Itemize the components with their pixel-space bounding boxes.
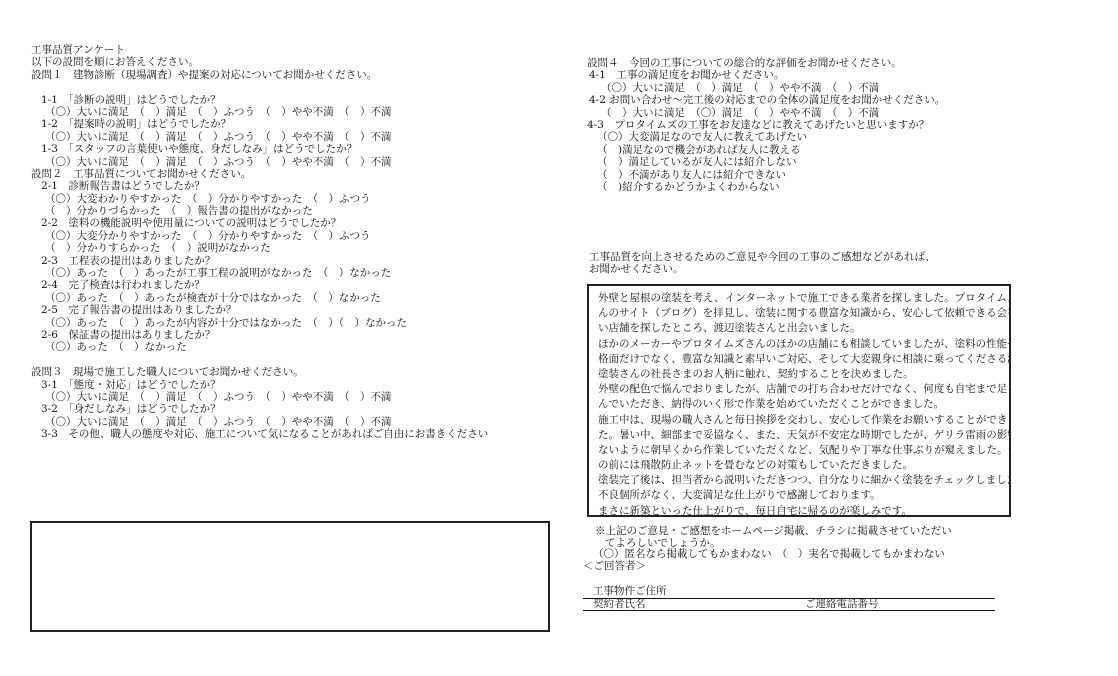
feedback-line: まさに新築といった仕上がりで、毎日自宅に帰るのが楽しみです。 bbox=[598, 504, 1009, 517]
feedback-line: 格面だけでなく、豊富な知識と素早いご対応、そして大変親身に相談に乗ってくださる渡… bbox=[598, 352, 1009, 367]
q2-1-options[interactable]: （〇）大変わかりやすかった （ ）分かりやすかった （ ）ふつう bbox=[31, 193, 561, 205]
feedback-line: 不良個所がなく、大変満足な仕上がりで感謝しております。 bbox=[598, 488, 1009, 503]
q1-heading: 設問１ 建物診断（現場調査）や提案の対応についてお聞かせください。 bbox=[31, 69, 561, 81]
publication-consent: ※上記のご意見・ご感想をホームページ掲載、チラシに掲載させていただい てよろしい… bbox=[583, 526, 1013, 572]
q1-3-options[interactable]: （〇）大いに満足 （ ）満足 （ ）ふつう （ ）やや不満 （ ）不満 bbox=[31, 156, 561, 168]
q2-heading: 設問２ 工事品質についてお聞かせください。 bbox=[31, 168, 561, 180]
q2-5-question: 2-5 完了報告書の提出はありましたか？ bbox=[31, 304, 561, 316]
feedback-line: ほかのメーカーやプロタイムズさんのほかの店舗にも相談していましたが、塗料の性能や… bbox=[598, 337, 1009, 352]
feedback-line: ないように朝早くから作業していただくなど、気配りや丁寧な仕事ぶりが窺えました。台… bbox=[598, 443, 1009, 458]
feedback-prompt-line2: お聞かせください。 bbox=[589, 263, 1019, 275]
q4-3-choice-3[interactable]: （ ）満足しているが友人には紹介しない bbox=[587, 156, 1017, 168]
feedback-line: 外壁と屋根の塗装を考え、インターネットで施工できる業者を探しました。プロタイムズ… bbox=[598, 291, 1009, 306]
left-column: 工事品質アンケート 以下の設問を順にお答えください。 設問１ 建物診断（現場調査… bbox=[31, 44, 561, 441]
q3-2-options[interactable]: （〇）大いに満足 （ ）満足 （ ）ふつう （ ）やや不満 （ ）不満 bbox=[31, 416, 561, 428]
feedback-line: 塗装完了後は、担当者から説明いただきつつ、自分なりに細かく塗装をチェックしました… bbox=[598, 473, 1009, 488]
survey-title: 工事品質アンケート bbox=[31, 44, 561, 56]
feedback-line: 外壁の配色で悩んでおりましたが、店舗での打ち合わせだけでなく、何度も自宅まで足を… bbox=[598, 382, 1009, 397]
q4-3-choice-1[interactable]: （〇）大変満足なので友人に教えてあげたい bbox=[587, 131, 1017, 143]
spacer bbox=[31, 354, 561, 366]
q2-6-options[interactable]: （〇）あった （ ）なかった bbox=[31, 341, 561, 353]
q3-1-question: 3-1 「態度・対応」はどうでしたか？ bbox=[31, 379, 561, 391]
feedback-line: んでいただき、納得のいく形で作業を始めていただくことができました。 bbox=[598, 397, 1009, 412]
q4-heading: 設問４ 今回の工事についての総合的な評価をお聞かせください。 bbox=[587, 57, 1017, 69]
q4-3-choice-2[interactable]: （ )満足なので機会があれば友人に教える bbox=[587, 144, 1017, 156]
q4-3-choice-5[interactable]: （ )紹介するかどうかよくわからない bbox=[587, 181, 1017, 193]
q3-heading: 設問３ 現場で施工した職人についてお聞かせください。 bbox=[31, 366, 561, 378]
feedback-box[interactable]: 外壁と屋根の塗装を考え、インターネットで施工できる業者を探しました。プロタイムズ… bbox=[587, 284, 1011, 517]
q3-3-answer-box[interactable] bbox=[30, 521, 550, 632]
q1-1-options[interactable]: （〇）大いに満足 （ ）満足 （ ）ふつう （ ）やや不満 （ ）不満 bbox=[31, 106, 561, 118]
feedback-line: んのサイト（ブログ）を拝見し、塗装に関する豊富な知識から、安心して依頼できる会社… bbox=[598, 306, 1009, 321]
q3-2-question: 3-2 「身だしなみ」はどうでしたか？ bbox=[31, 403, 561, 415]
q1-2-question: 1-2 「提案時の説明」はどうでしたか？ bbox=[31, 118, 561, 130]
right-column: 設問４ 今回の工事についての総合的な評価をお聞かせください。 4-1 工事の満足… bbox=[587, 57, 1017, 193]
q2-3-question: 2-3 工程表の提出はありましたか？ bbox=[31, 255, 561, 267]
survey-intro: 以下の設問を順にお答えください。 bbox=[31, 56, 561, 68]
q1-3-question: 1-3 「スタッフの言葉使いや態度、身だしなみ」はどうでしたか？ bbox=[31, 143, 561, 155]
q4-3-choice-4[interactable]: （ ）不満があり友人には紹介できない bbox=[587, 169, 1017, 181]
feedback-line: い店舗を探したところ、渡辺塗装さんと出会いました。 bbox=[598, 321, 1009, 336]
q2-6-question: 2-6 保証書の提出はありましたか？ bbox=[31, 329, 561, 341]
name-phone-row: 契約者氏名 ご連絡電話番号 bbox=[583, 599, 995, 612]
name-field[interactable]: 契約者氏名 bbox=[593, 598, 646, 610]
feedback-prompt: 工事品質を向上させるためのご意見や今回の工事のご感想などがあれば、 お聞かせくだ… bbox=[589, 251, 1019, 276]
spacer bbox=[31, 81, 561, 93]
q4-1-question: 4-1 工事の満足度をお聞かせください。 bbox=[587, 69, 1017, 81]
q3-3-prompt: 3-3 その他、職人の態度や対応、施工について気になることがあればご自由にお書き… bbox=[31, 428, 561, 440]
q2-2-options-row2[interactable]: （ ）分かりすらかった （ ）説明がなかった bbox=[31, 242, 561, 254]
respondent-heading: ＜ご回答者＞ bbox=[583, 561, 1013, 573]
q2-4-question: 2-4 完了検査は行われましたか？ bbox=[31, 279, 561, 291]
q2-2-options[interactable]: （〇）大変分かりやすかった （ ）分かりやすかった （ ）ふつう bbox=[31, 230, 561, 242]
q3-1-options[interactable]: （〇）大いに満足 （ ）満足 （ ）ふつう （ ）やや不満 （ ）不満 bbox=[31, 391, 561, 403]
q2-1-question: 2-1 診断報告書はどうでしたか？ bbox=[31, 180, 561, 192]
q2-3-options[interactable]: （〇）あった （ ）あったが工事工程の説明がなかった （ ）なかった bbox=[31, 267, 561, 279]
publication-question-line1: ※上記のご意見・ご感想をホームページ掲載、チラシに掲載させていただい bbox=[583, 526, 1013, 538]
q2-1-options-row2[interactable]: （ ）分かりづらかった （ ）報告書の提出がなかった bbox=[31, 205, 561, 217]
feedback-line: た。暑い中、細部まで妥協なく、また、天気が不安定な時期でしたが、ゲリラ雷雨の影響… bbox=[598, 428, 1009, 443]
q2-2-question: 2-2 塗料の機能説明や使用量についての説明はどうでしたか？ bbox=[31, 217, 561, 229]
feedback-line: 施工中は、現場の職人さんと毎日挨拶を交わし、安心して作業をお願いすることができま… bbox=[598, 413, 1009, 428]
q4-2-options[interactable]: （ ）大いに満足 （〇）満足 （ ）やや不満 （ ）不満 bbox=[587, 107, 1017, 119]
publication-options[interactable]: （〇）匿名なら掲載してもかまわない （ ）実名で掲載してもかまわない bbox=[583, 549, 1013, 561]
feedback-prompt-line1: 工事品質を向上させるためのご意見や今回の工事のご感想などがあれば、 bbox=[589, 251, 1019, 263]
respondent-fields: 工事物件ご住所 契約者氏名 ご連絡電話番号 bbox=[583, 586, 995, 611]
q1-1-question: 1-1 「診断の説明」はどうでしたか？ bbox=[31, 94, 561, 106]
q4-2-question: 4-2 お問い合わせ〜完工後の対応までの全体の満足度をお聞かせください。 bbox=[587, 94, 1017, 106]
feedback-line: の前には飛散防止ネットを畳むなどの対策もしていただきました。 bbox=[598, 458, 1009, 473]
q2-5-options[interactable]: （〇）あった （ ）あったが内容が十分ではなかった （ ）（ ）なかった bbox=[31, 317, 561, 329]
q4-1-options[interactable]: （〇）大いに満足 （ ）満足 （ ）やや不満 （ ）不満 bbox=[587, 82, 1017, 94]
q1-2-options[interactable]: （〇）大いに満足 （ ）満足 （ ）ふつう （ ）やや不満 （ ）不満 bbox=[31, 131, 561, 143]
phone-field[interactable]: ご連絡電話番号 bbox=[805, 599, 879, 611]
feedback-line: 塗装さんの社長さまのお人柄に触れ、契約することを決めました。 bbox=[598, 367, 1009, 382]
q2-4-options[interactable]: （〇）あった （ ）あったが検査が十分ではなかった （ ）なかった bbox=[31, 292, 561, 304]
q4-3-question: 4-3 プロタイムズの工事をお友達などに教えてあげたいと思いますか？ bbox=[587, 119, 1017, 131]
